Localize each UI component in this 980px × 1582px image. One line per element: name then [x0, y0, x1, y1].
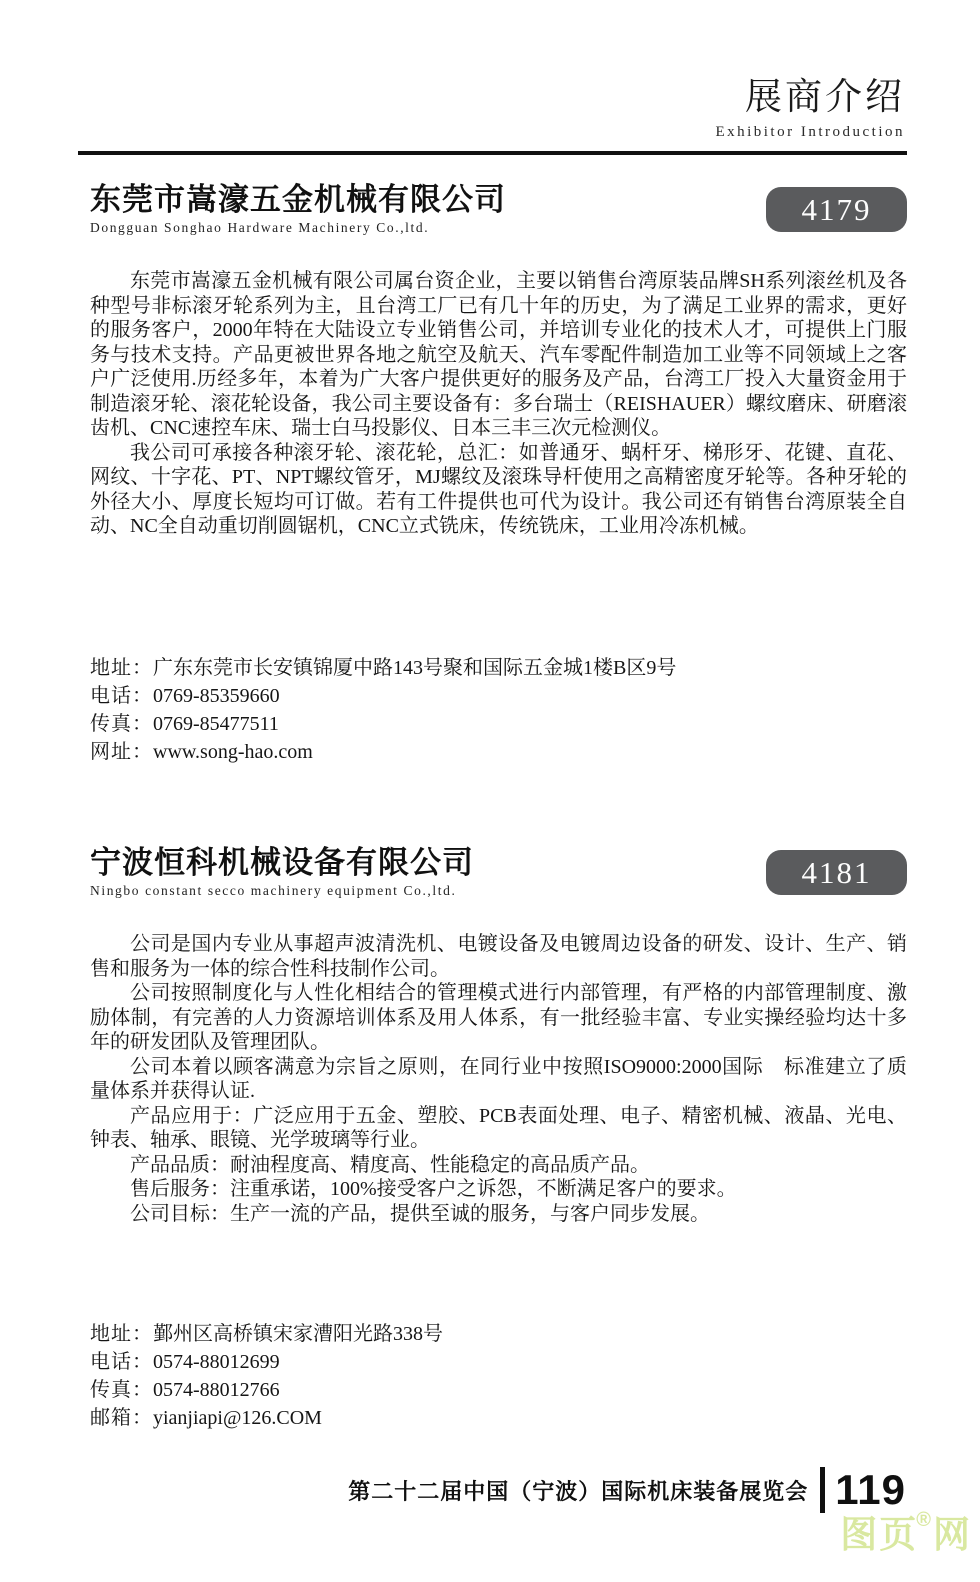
header-divider: [78, 151, 907, 155]
registered-trademark-icon: ®: [916, 1509, 931, 1531]
contact-value: 0769-85477511: [153, 713, 279, 735]
page-subtitle: Exhibitor Introduction: [715, 124, 905, 141]
exhibition-title: 第二十二届中国（宁波）国际机床装备展览会: [348, 1475, 808, 1506]
company-paragraph: 我公司可承接各种滚牙轮、滚花轮，总汇：如普通牙、蜗杆牙、梯形牙、花键、直花、网纹…: [90, 441, 907, 539]
company-paragraph: 产品品质：耐油程度高、精度高、性能稳定的高品质产品。: [90, 1153, 907, 1178]
company-header: 宁波恒科机械设备有限公司 Ningbo constant secco machi…: [90, 846, 907, 908]
tuyewang-watermark-logo: 图页®网: [840, 1516, 972, 1553]
contact-website-row: 网址：www.song-hao.com: [90, 738, 907, 766]
contact-label: 地址：: [90, 1323, 153, 1345]
company-paragraph: 东莞市嵩濠五金机械有限公司属台资企业，主要以销售台湾原装品牌SH系列滚丝机及各种…: [90, 269, 907, 441]
contact-fax-row: 传真：0574-88012766: [90, 1376, 907, 1404]
contact-phone-row: 电话：0574-88012699: [90, 1348, 907, 1376]
page-footer: 第二十二届中国（宁波）国际机床装备展览会 119: [348, 1466, 906, 1514]
company-paragraph: 公司按照制度化与人性化相结合的管理模式进行内部管理，有严格的内部管理制度、激励体…: [90, 981, 907, 1055]
footer-divider-bar: [820, 1467, 825, 1513]
contact-website-value: www.song-hao.com: [153, 741, 313, 763]
contact-fax-row: 传真：0769-85477511: [90, 710, 907, 738]
contact-value: 0574-88012699: [153, 1351, 280, 1373]
watermark-text: 网: [933, 1514, 972, 1555]
contact-value: 鄞州区高桥镇宋家漕阳光路338号: [153, 1323, 443, 1345]
contact-phone-row: 电话：0769-85359660: [90, 682, 907, 710]
contact-label: 邮箱：: [90, 1407, 153, 1429]
contact-block-songhao: 地址：广东东莞市长安镇锦厦中路143号聚和国际五金城1楼B区9号 电话：0769…: [90, 654, 907, 766]
contact-label: 网址：: [90, 741, 153, 763]
contact-label: 传真：: [90, 1379, 153, 1401]
booth-number-badge: 4181: [766, 850, 907, 895]
company-paragraph: 产品应用于：广泛应用于五金、塑胶、PCB表面处理、电子、精密机械、液晶、光电、钟…: [90, 1104, 907, 1153]
contact-address-row: 地址：鄞州区高桥镇宋家漕阳光路338号: [90, 1320, 907, 1348]
page-number: 119: [835, 1466, 906, 1514]
booth-number-badge: 4179: [766, 187, 907, 232]
contact-block-hengke: 地址：鄞州区高桥镇宋家漕阳光路338号 电话：0574-88012699 传真：…: [90, 1320, 907, 1432]
company-section-songhao: 东莞市嵩濠五金机械有限公司 Dongguan Songhao Hardware …: [90, 183, 907, 539]
contact-value: 0769-85359660: [153, 685, 280, 707]
company-paragraph: 售后服务：注重承诺，100%接受客户之诉怨，不断满足客户的要求。: [90, 1177, 907, 1202]
company-section-hengke: 宁波恒科机械设备有限公司 Ningbo constant secco machi…: [90, 846, 907, 1226]
company-description: 公司是国内专业从事超声波清洗机、电镀设备及电镀周边设备的研发、设计、生产、销售和…: [90, 932, 907, 1226]
contact-label: 电话：: [90, 1351, 153, 1373]
company-description: 东莞市嵩濠五金机械有限公司属台资企业，主要以销售台湾原装品牌SH系列滚丝机及各种…: [90, 269, 907, 539]
contact-email-row: 邮箱：yianjiapi@126.COM: [90, 1404, 907, 1432]
contact-label: 电话：: [90, 685, 153, 707]
company-paragraph: 公司本着以顾客满意为宗旨之原则，在同行业中按照ISO9000:2000国际 标准…: [90, 1055, 907, 1104]
page-title: 展商介绍: [715, 66, 905, 120]
contact-value: 0574-88012766: [153, 1379, 280, 1401]
contact-email-value: yianjiapi@126.COM: [153, 1407, 322, 1429]
company-paragraph: 公司是国内专业从事超声波清洗机、电镀设备及电镀周边设备的研发、设计、生产、销售和…: [90, 932, 907, 981]
contact-label: 传真：: [90, 713, 153, 735]
company-header: 东莞市嵩濠五金机械有限公司 Dongguan Songhao Hardware …: [90, 183, 907, 245]
company-paragraph: 公司目标：生产一流的产品，提供至诚的服务，与客户同步发展。: [90, 1202, 907, 1227]
page-header: 展商介绍 Exhibitor Introduction: [715, 66, 905, 141]
contact-value: 广东东莞市长安镇锦厦中路143号聚和国际五金城1楼B区9号: [153, 657, 676, 679]
catalog-page: 展商介绍 Exhibitor Introduction 东莞市嵩濠五金机械有限公…: [0, 0, 980, 1582]
contact-address-row: 地址：广东东莞市长安镇锦厦中路143号聚和国际五金城1楼B区9号: [90, 654, 907, 682]
contact-label: 地址：: [90, 657, 153, 679]
watermark-text: 图页: [840, 1514, 918, 1555]
